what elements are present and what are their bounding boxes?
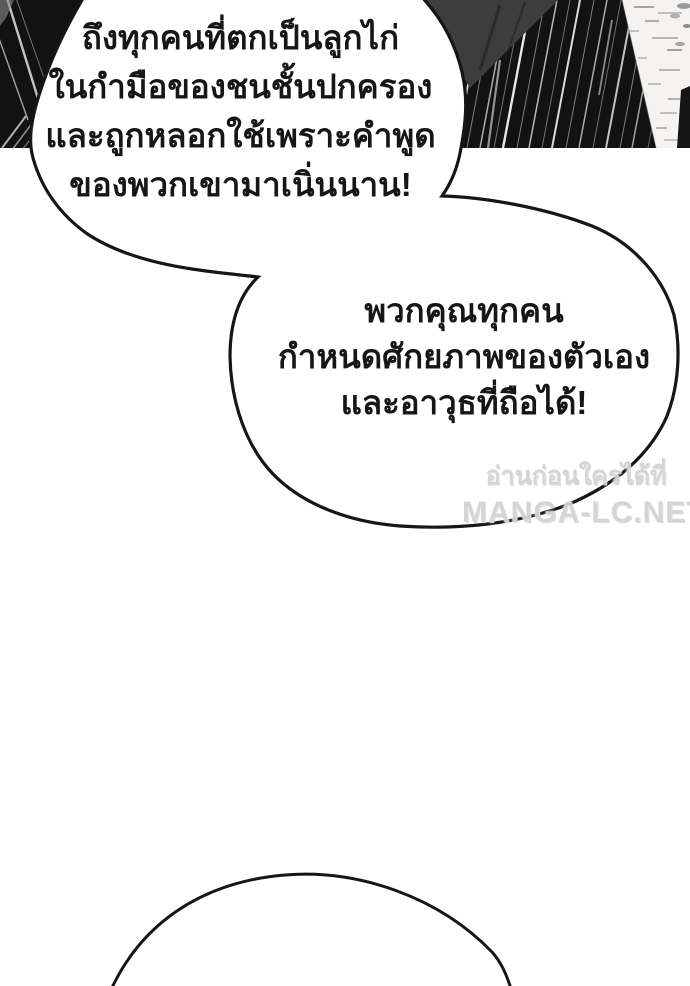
speech-line: พวกคุณทุกคน bbox=[238, 288, 690, 334]
watermark-site: MANGA-LC.NET bbox=[462, 494, 690, 531]
speech-line: และอาวุธที่ถือได้! bbox=[238, 380, 690, 426]
speech-bubble-1-text: ถึงทุกคนที่ตกเป็นลูกไก่ ในกำมือของชนชั้น… bbox=[18, 13, 463, 209]
manga-page: ถึงทุกคนที่ตกเป็นลูกไก่ ในกำมือของชนชั้น… bbox=[0, 0, 690, 986]
bottom-bubble-arc bbox=[110, 874, 512, 986]
watermark: อ่านก่อนใครได้ที่ MANGA-LC.NET bbox=[462, 459, 690, 531]
speech-line: ของพวกเขามาเนิ่นนาน! bbox=[18, 160, 463, 209]
watermark-tagline: อ่านก่อนใครได้ที่ bbox=[462, 459, 690, 494]
speech-line: กำหนดศักยภาพของตัวเอง bbox=[238, 334, 690, 380]
speech-bubble-2-text: พวกคุณทุกคน กำหนดศักยภาพของตัวเอง และอาว… bbox=[238, 288, 690, 426]
speech-line: ถึงทุกคนที่ตกเป็นลูกไก่ bbox=[18, 13, 463, 62]
speech-line: ในกำมือของชนชั้นปกครอง bbox=[18, 62, 463, 111]
speech-line: และถูกหลอกใช้เพราะคำพูด bbox=[18, 111, 463, 160]
